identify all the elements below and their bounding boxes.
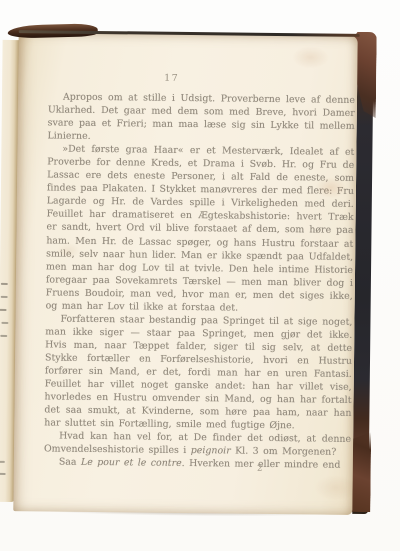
text-run: Saa (59, 457, 81, 468)
text-run: »Det første graa Haar« er et Mesterværk,… (46, 144, 355, 314)
body-text: Apropos om at stille i Udsigt. Proverber… (44, 90, 355, 472)
text-run: Forfatteren staar bestandig paa Springet… (44, 313, 352, 431)
text-run-italic: peignoir (191, 445, 231, 456)
text-run: Kl. 3 om Morgenen? (231, 446, 337, 458)
paragraph: Hvad kan han vel for, at De finder det o… (44, 430, 351, 460)
text-run: Apropos om at stille i Udsigt. Proverber… (47, 92, 355, 142)
signature-mark: 2 (250, 464, 270, 474)
photo-background: 17 Apropos om at stille i Udsigt. Prover… (0, 0, 400, 551)
paragraph: Saa Le pour et le contre. Hverken mer el… (44, 456, 351, 473)
book: 17 Apropos om at stille i Udsigt. Prover… (0, 0, 400, 551)
paragraph: Apropos om at stille i Udsigt. Proverber… (47, 90, 355, 146)
book-page: 17 Apropos om at stille i Udsigt. Prover… (13, 32, 357, 515)
paragraph: »Det første graa Haar« er et Mesterværk,… (46, 143, 355, 316)
paragraph: Forfatteren staar bestandig paa Springet… (44, 312, 352, 433)
text-run-italic: Le pour et le contre (81, 457, 182, 469)
page-number: 17 (2, 71, 341, 86)
